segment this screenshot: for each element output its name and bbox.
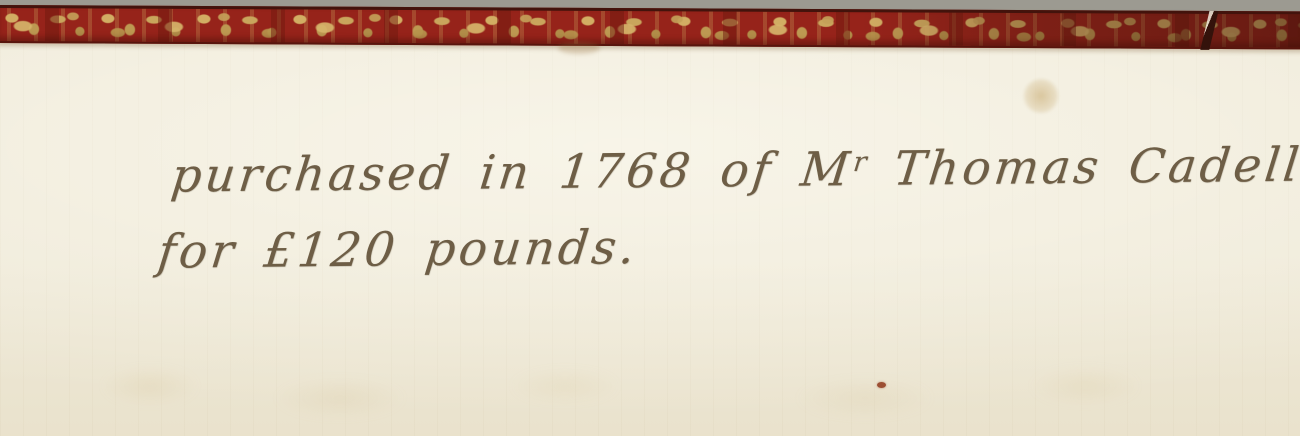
inscription-line-1-text-end: Thomas Cadell — [863, 138, 1300, 197]
inscription-line-1-text: purchased in 1768 of M — [168, 142, 855, 204]
flyleaf-photograph: purchased in 1768 of Mr Thomas Cadell fo… — [0, 0, 1300, 436]
inscription-line-2: for £120 pounds. — [156, 224, 641, 276]
handwritten-inscription: purchased in 1768 of Mr Thomas Cadell fo… — [0, 0, 1300, 436]
inscription-line-1: purchased in 1768 of Mr Thomas Cadell — [169, 142, 1300, 200]
